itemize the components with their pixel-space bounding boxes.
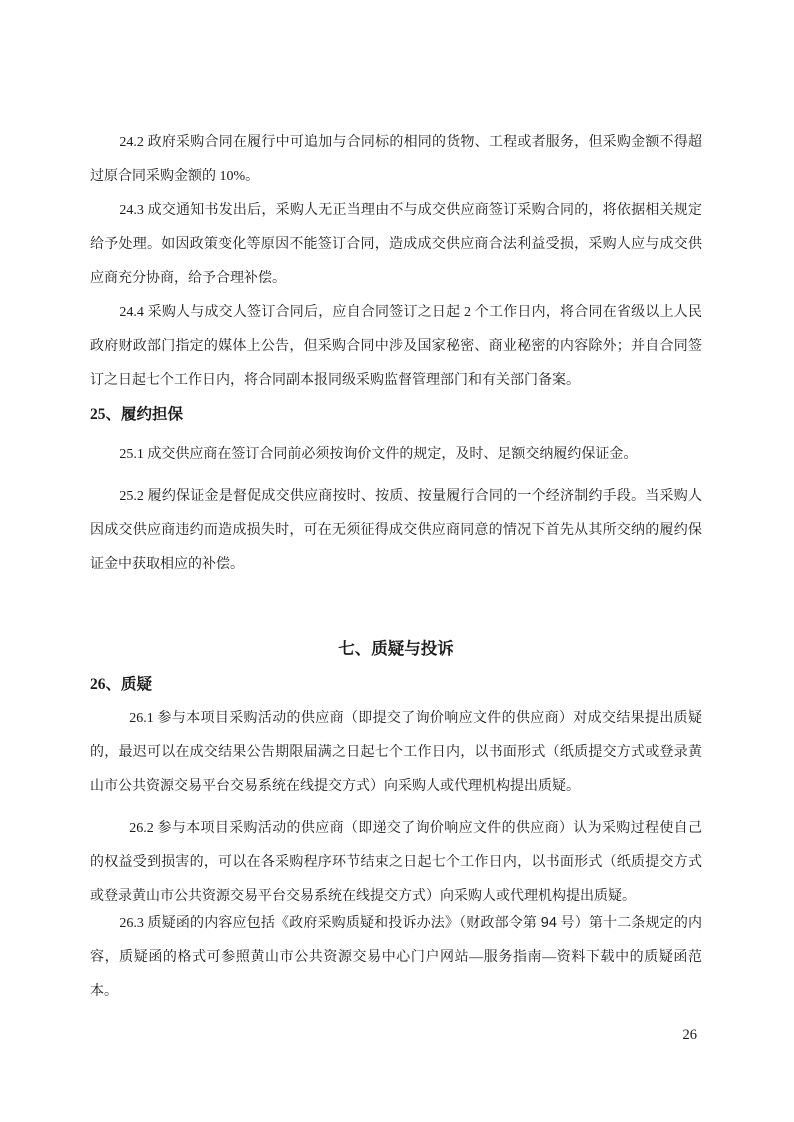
clause-24-3: 24.3 成交通知书发出后，采购人无正当理由不与成交供应商签订采购合同的，将依据… — [90, 194, 702, 296]
document-page: 24.2 政府采购合同在履行中可追加与合同标的相同的货物、工程或者服务，但采购金… — [0, 0, 794, 1122]
clause-26-2: 26.2 参与本项目采购活动的供应商（即递交了询价响应文件的供应商）认为采购过程… — [90, 812, 702, 914]
clause-24-2: 24.2 政府采购合同在履行中可追加与合同标的相同的货物、工程或者服务，但采购金… — [90, 126, 702, 194]
clause-25-1: 25.1 成交供应商在签订合同前必须按询价文件的规定，及时、足额交纳履约保证金。 — [90, 438, 702, 472]
clause-24-4: 24.4 采购人与成交人签订合同后，应自合同签订之日起 2 个工作日内，将合同在… — [90, 296, 702, 398]
chapter-heading: 七、质疑与投诉 — [90, 632, 702, 666]
section-heading-25: 25、履约担保 — [90, 398, 702, 432]
clause-26-1: 26.1 参与本项目采购活动的供应商（即提交了询价响应文件的供应商）对成交结果提… — [90, 702, 702, 804]
section-heading-26: 26、质疑 — [90, 668, 702, 702]
clause-26-3: 26.3 质疑函的内容应包括《政府采购质疑和投诉办法》（财政部令第 94 号）第… — [90, 906, 702, 1009]
clause-25-2: 25.2 履约保证金是督促成交供应商按时、按质、按量履行合同的一个经济制约手段。… — [90, 480, 702, 582]
clause-26-3-text-before: 26.3 质疑函的内容应包括《政府采购质疑和投诉办法》（财政部令第 — [119, 916, 540, 931]
clause-26-3-decree-number: 94 — [541, 915, 557, 931]
page-number: 26 — [683, 1026, 698, 1044]
